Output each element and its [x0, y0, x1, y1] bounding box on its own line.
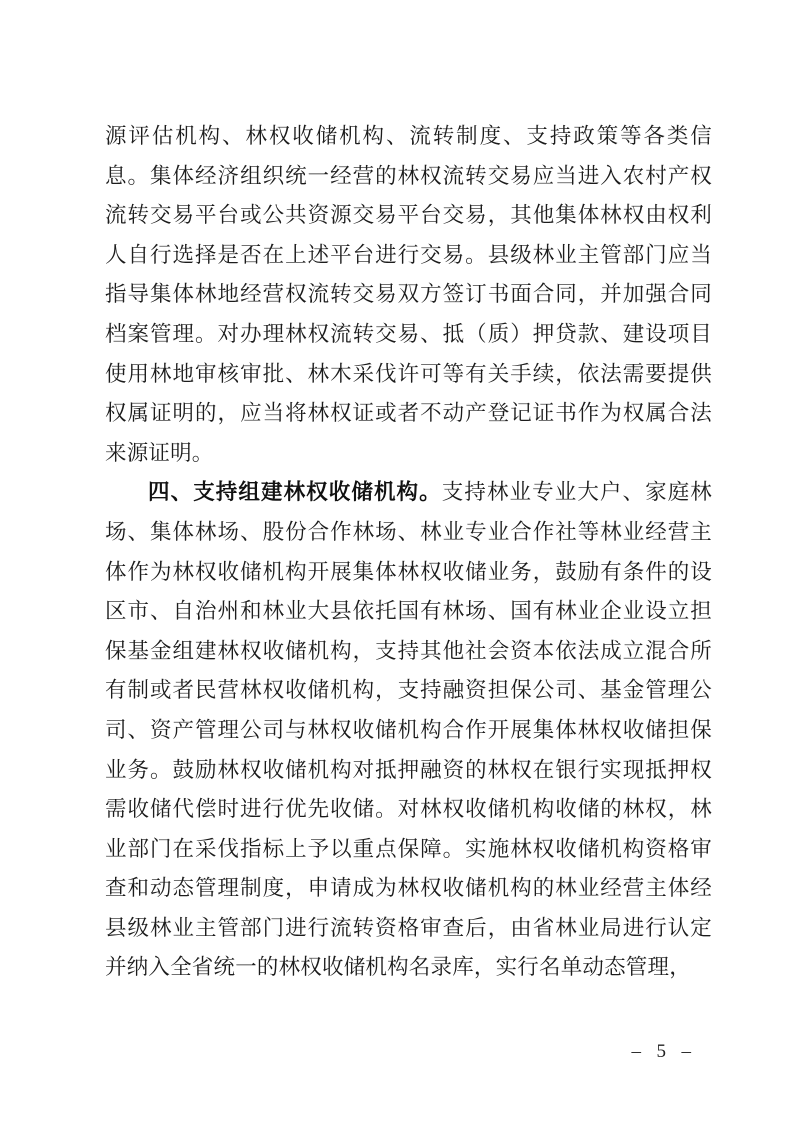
paragraph-section-4: 四、支持组建林权收储机构。支持林业专业大户、家庭林场、集体林场、股份合作林场、林… — [105, 473, 712, 988]
paragraph-continuation: 源评估机构、林权收储机构、流转制度、支持政策等各类信息。集体经济组织统一经营的林… — [105, 117, 712, 473]
paragraph-text: 支持林业专业大户、家庭林场、集体林场、股份合作林场、林业专业合作社等林业经营主体… — [105, 480, 712, 979]
document-body: 源评估机构、林权收储机构、流转制度、支持政策等各类信息。集体经济组织统一经营的林… — [105, 117, 712, 988]
page-number: – 5 – — [632, 1041, 694, 1063]
document-page: 源评估机构、林权收储机构、流转制度、支持政策等各类信息。集体经济组织统一经营的林… — [0, 0, 793, 1122]
paragraph-text: 源评估机构、林权收储机构、流转制度、支持政策等各类信息。集体经济组织统一经营的林… — [105, 124, 712, 465]
section-heading: 四、支持组建林权收储机构。 — [148, 480, 442, 504]
